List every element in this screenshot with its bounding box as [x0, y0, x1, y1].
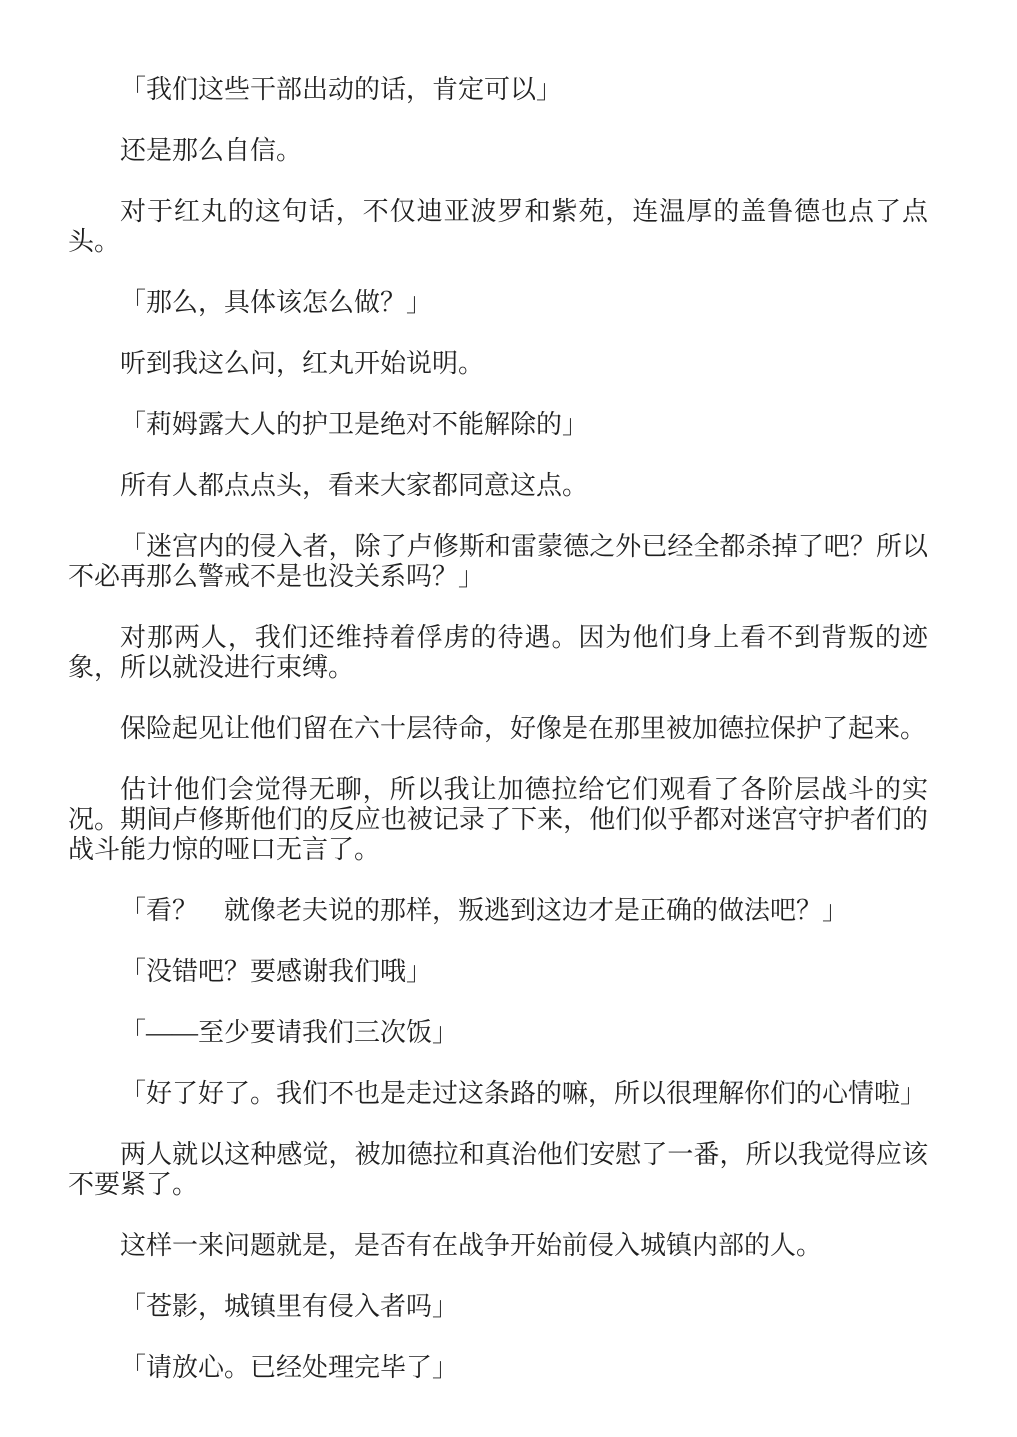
paragraph: 「苍影，城镇里有侵入者吗」 [68, 1292, 928, 1322]
paragraph: 还是那么自信。 [68, 136, 928, 166]
paragraph: 「请放心。已经处理完毕了」 [68, 1353, 928, 1383]
paragraph: 对那两人，我们还维持着俘虏的待遇。因为他们身上看不到背叛的迹象，所以就没进行束缚… [68, 623, 928, 683]
paragraph: 「迷宫内的侵入者，除了卢修斯和雷蒙德之外已经全都杀掉了吧？所以不必再那么警戒不是… [68, 532, 928, 592]
paragraph: 两人就以这种感觉，被加德拉和真治他们安慰了一番，所以我觉得应该不要紧了。 [68, 1140, 928, 1200]
paragraph: 「好了好了。我们不也是走过这条路的嘛，所以很理解你们的心情啦」 [68, 1079, 928, 1109]
paragraph: 对于红丸的这句话，不仅迪亚波罗和紫苑，连温厚的盖鲁德也点了点头。 [68, 197, 928, 257]
paragraph: 所有人都点点头，看来大家都同意这点。 [68, 471, 928, 501]
paragraph: 「看？ 就像老夫说的那样，叛逃到这边才是正确的做法吧？」 [68, 896, 928, 926]
paragraph: 听到我这么问，红丸开始说明。 [68, 349, 928, 379]
novel-text-content: 「我们这些干部出动的话，肯定可以」还是那么自信。对于红丸的这句话，不仅迪亚波罗和… [68, 75, 928, 1414]
paragraph: 「——至少要请我们三次饭」 [68, 1018, 928, 1048]
paragraph: 这样一来问题就是，是否有在战争开始前侵入城镇内部的人。 [68, 1231, 928, 1261]
paragraph: 「莉姆露大人的护卫是绝对不能解除的」 [68, 410, 928, 440]
paragraph: 保险起见让他们留在六十层待命，好像是在那里被加德拉保护了起来。 [68, 714, 928, 744]
paragraph: 「我们这些干部出动的话，肯定可以」 [68, 75, 928, 105]
paragraph: 估计他们会觉得无聊，所以我让加德拉给它们观看了各阶层战斗的实况。期间卢修斯他们的… [68, 775, 928, 865]
document-page: 「我们这些干部出动的话，肯定可以」还是那么自信。对于红丸的这句话，不仅迪亚波罗和… [0, 0, 1017, 1437]
paragraph: 「没错吧？要感谢我们哦」 [68, 957, 928, 987]
paragraph: 「那么，具体该怎么做？」 [68, 288, 928, 318]
